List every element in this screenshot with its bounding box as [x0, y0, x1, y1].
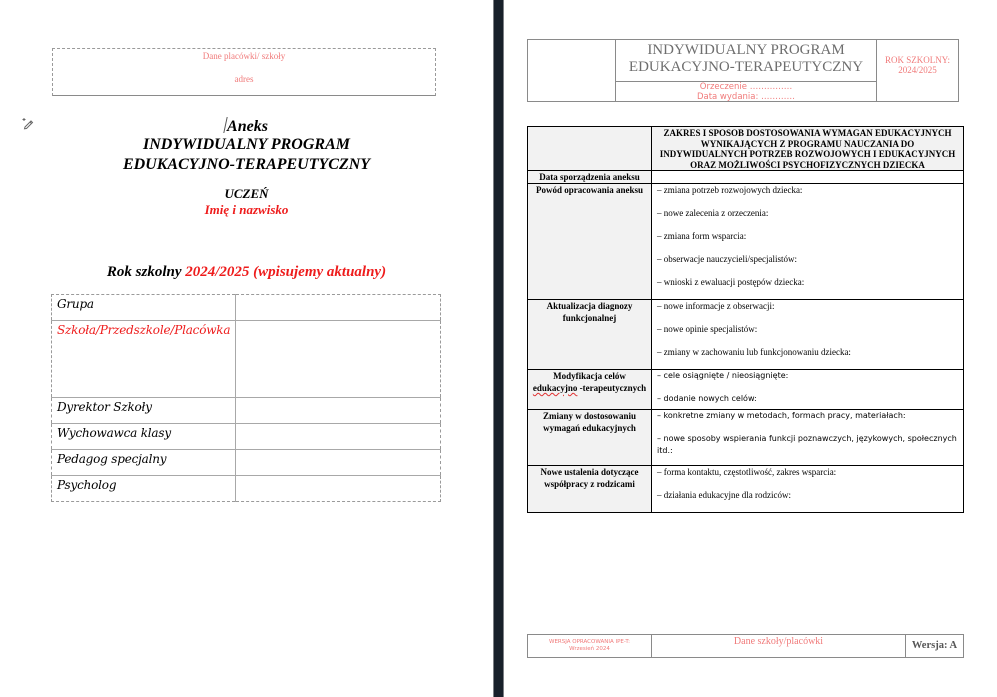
info-table-row: Psycholog: [52, 476, 441, 502]
row-item: – nowe zalecenia z orzeczenia:: [657, 207, 958, 219]
date-label: Data sporządzenia aneksu: [528, 171, 652, 184]
document-page-left: Dane placówki/ szkoły adres Aneks INDYWI…: [0, 0, 493, 697]
row-label: Aktualizacja diagnozy funkcjonalnej: [528, 300, 652, 370]
row-label: Nowe ustalenia dotyczące współpracy z ro…: [528, 466, 652, 513]
info-table-row: Dyrektor Szkoły: [52, 398, 441, 424]
header-title-cell: INDYWIDUALNY PROGRAM EDUKACYJNO-TERAPEUT…: [616, 40, 877, 101]
row-item: – nowe sposoby wspierania funkcji poznaw…: [657, 433, 958, 457]
school-name-placeholder: Dane placówki/ szkoły: [53, 51, 435, 61]
student-name-placeholder[interactable]: Imię i nazwisko: [0, 202, 493, 218]
annex-table-row: Aktualizacja diagnozy funkcjonalnej– now…: [528, 300, 964, 370]
page-divider: [493, 0, 504, 697]
school-year-heading: Rok szkolny 2024/2025 (wpisujemy aktualn…: [0, 264, 493, 281]
info-row-value[interactable]: [236, 450, 441, 476]
info-row-label: Szkoła/Przedszkole/Placówka: [52, 321, 236, 398]
annex-title: Aneks: [0, 117, 493, 136]
row-item: – zmiana form wsparcia:: [657, 230, 958, 242]
row-content[interactable]: – konkretne zmiany w metodach, formach p…: [652, 410, 964, 466]
row-label: Zmiany w dostosowaniu wymagań edukacyjny…: [528, 410, 652, 466]
date-value-cell[interactable]: [652, 171, 964, 184]
row-item: – forma kontaktu, częstotliwość, zakres …: [657, 466, 958, 478]
info-row-label: Dyrektor Szkoły: [52, 398, 236, 424]
row-label: Powód opracowania aneksu: [528, 184, 652, 300]
school-address-placeholder: adres: [53, 74, 435, 84]
info-row-value[interactable]: [236, 398, 441, 424]
info-row-value[interactable]: [236, 295, 441, 321]
school-year-value[interactable]: 2024/2025 (wpisujemy aktualny): [185, 264, 386, 280]
annex-table-row: Nowe ustalenia dotyczące współpracy z ro…: [528, 466, 964, 513]
row-item: – nowe opinie specjalistów:: [657, 323, 958, 335]
row-item: – nowe informacje z obserwacji:: [657, 300, 958, 312]
page-header[interactable]: INDYWIDUALNY PROGRAM EDUKACYJNO-TERAPEUT…: [527, 39, 959, 102]
row-item: – działania edukacyjne dla rodziców:: [657, 489, 958, 501]
info-row-value[interactable]: [236, 424, 441, 450]
page-footer[interactable]: WERSJA OPRACOWANIA IPE-T: Wrzesień 2024 …: [527, 634, 964, 658]
row-item: – wnioski z ewaluacji postępów dziecka:: [657, 276, 958, 288]
footer-school-data: Dane szkoły/placówki: [652, 635, 906, 657]
info-table-row: Pedagog specjalny: [52, 450, 441, 476]
info-table-row: Szkoła/Przedszkole/Placówka: [52, 321, 441, 398]
info-row-label: Grupa: [52, 295, 236, 321]
header-title: INDYWIDUALNY PROGRAM EDUKACYJNO-TERAPEUT…: [616, 40, 876, 82]
student-info-table: GrupaSzkoła/Przedszkole/PlacówkaDyrektor…: [51, 294, 441, 502]
row-content[interactable]: – forma kontaktu, częstotliwość, zakres …: [652, 466, 964, 513]
info-row-label: Psycholog: [52, 476, 236, 502]
student-label: UCZEŃ: [0, 186, 493, 202]
header-logo-cell: [528, 40, 616, 101]
annex-table: ZAKRES I SPOSOB DOSTOSOWANIA WYMAGAN EDU…: [527, 126, 964, 513]
row-item: – obserwacje nauczycieli/specjalistów:: [657, 253, 958, 265]
info-table-row: Wychowawca klasy: [52, 424, 441, 450]
footer-version-info: WERSJA OPRACOWANIA IPE-T: Wrzesień 2024: [528, 635, 652, 657]
row-item: – zmiana potrzeb rozwojowych dziecka:: [657, 184, 958, 196]
info-table-row: Grupa: [52, 295, 441, 321]
annex-table-row: Zmiany w dostosowaniu wymagań edukacyjny…: [528, 410, 964, 466]
row-content[interactable]: – zmiana potrzeb rozwojowych dziecka:– n…: [652, 184, 964, 300]
document-page-right: INDYWIDUALNY PROGRAM EDUKACYJNO-TERAPEUT…: [504, 0, 997, 697]
row-label: Modyfikacja celów edukacyjno -terapeutyc…: [528, 370, 652, 410]
program-title-line1: INDYWIDUALNY PROGRAM: [0, 136, 493, 154]
header-school-year: ROK SZKOLNY: 2024/2025: [877, 40, 958, 101]
annex-table-row: Powód opracowania aneksu– zmiana potrzeb…: [528, 184, 964, 300]
row-content[interactable]: – nowe informacje z obserwacji:– nowe op…: [652, 300, 964, 370]
row-item: – dodanie nowych celów:: [657, 393, 958, 405]
info-row-value[interactable]: [236, 321, 441, 398]
annex-table-row: Modyfikacja celów edukacyjno -terapeutyc…: [528, 370, 964, 410]
row-item: – konkretne zmiany w metodach, formach p…: [657, 410, 958, 422]
table-heading: ZAKRES I SPOSOB DOSTOSOWANIA WYMAGAN EDU…: [652, 127, 964, 171]
row-item: – cele osiągnięte / nieosiągnięte:: [657, 370, 958, 382]
footer-version: Wersja: A: [906, 635, 963, 657]
info-row-label: Wychowawca klasy: [52, 424, 236, 450]
header-orzeczenie: Orzeczenie …………… Data wydania: …………: [616, 82, 876, 102]
program-title-line2: EDUKACYJNO-TERAPEUTYCZNY: [0, 156, 493, 174]
row-item: – zmiany w zachowaniu lub funkcjonowaniu…: [657, 346, 958, 358]
row-content[interactable]: – cele osiągnięte / nieosiągnięte:– doda…: [652, 370, 964, 410]
info-row-value[interactable]: [236, 476, 441, 502]
info-row-label: Pedagog specjalny: [52, 450, 236, 476]
school-data-textbox[interactable]: Dane placówki/ szkoły adres: [52, 48, 436, 96]
table-corner-cell: [528, 127, 652, 171]
